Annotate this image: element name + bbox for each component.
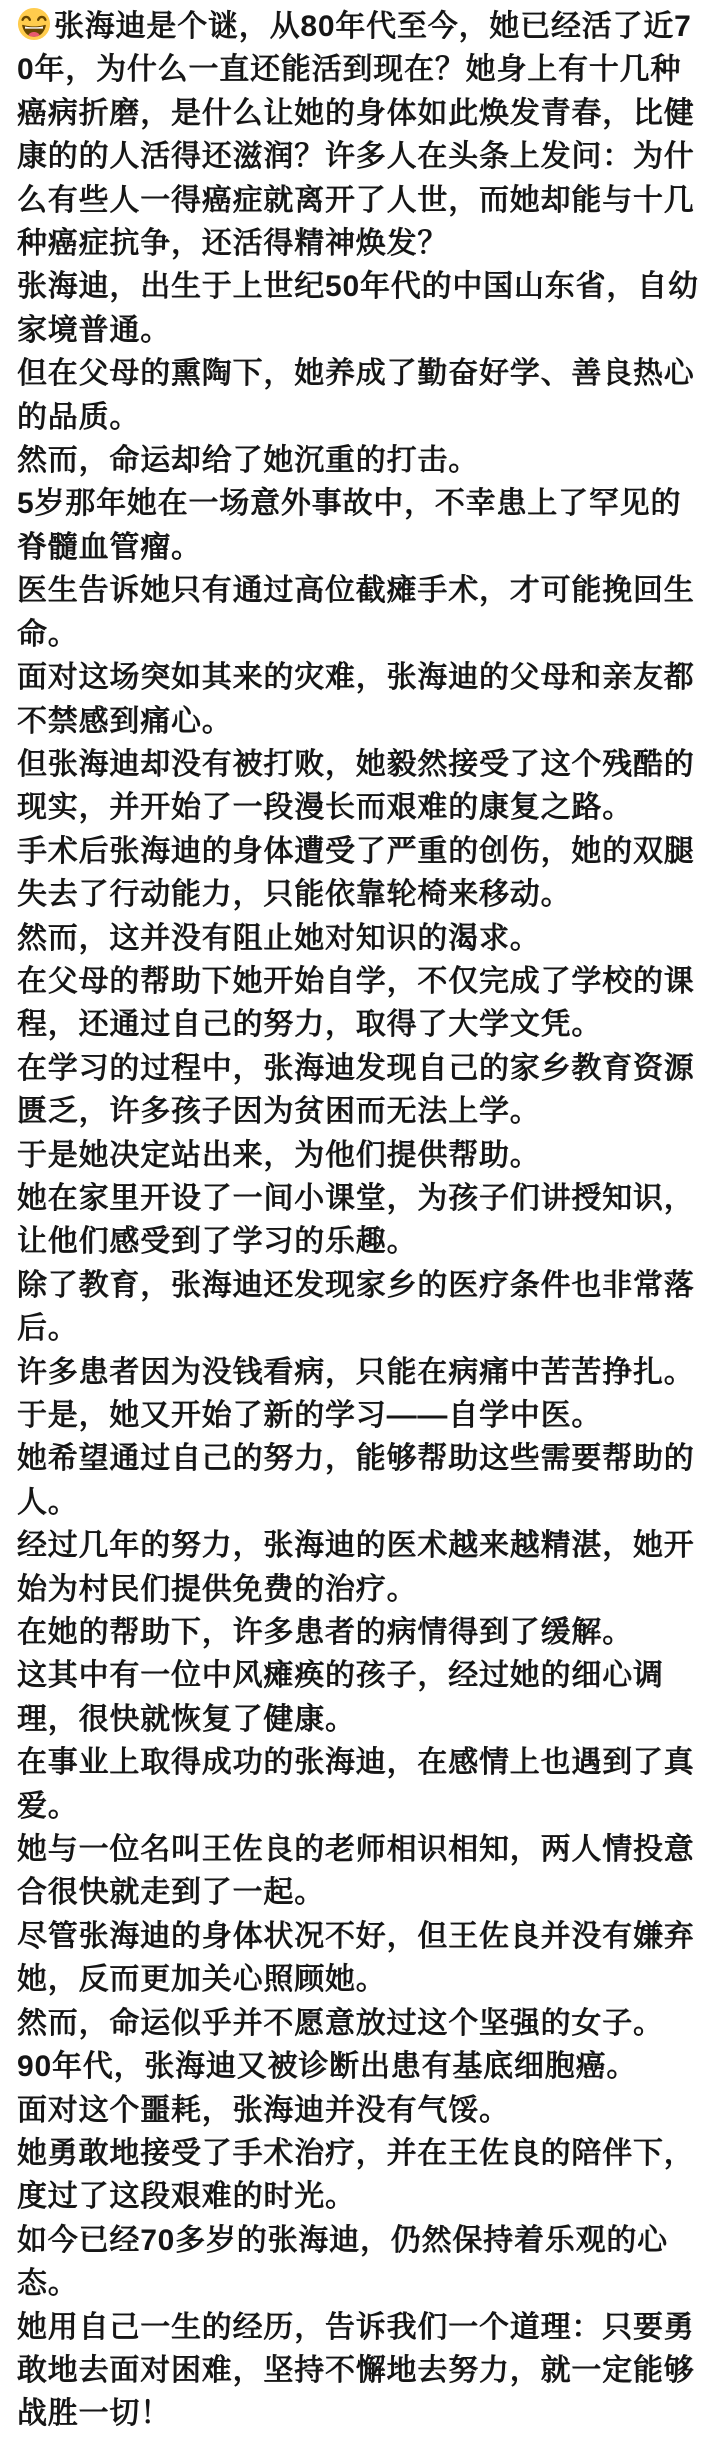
paragraph: 张海迪，出生于上世纪50年代的中国山东省，自幼家境普通。	[17, 265, 705, 352]
article-body: 张海迪是个谜，从80年代至今，她已经活了近70年，为什么一直还能活到现在？她身上…	[0, 0, 720, 2448]
paragraph: 在父母的帮助下她开始自学，不仅完成了学校的课程，还通过自己的努力，取得了大学文凭…	[17, 960, 705, 1047]
paragraph: 然而，命运似乎并不愿意放过这个坚强的女子。	[17, 2002, 705, 2045]
paragraph: 许多患者因为没钱看病，只能在病痛中苦苦挣扎。	[17, 1351, 705, 1394]
paragraph: 尽管张海迪的身体状况不好，但王佐良并没有嫌弃她，反而更加关心照顾她。	[17, 1915, 705, 2002]
paragraph: 但张海迪却没有被打败，她毅然接受了这个残酷的现实，并开始了一段漫长而艰难的康复之…	[17, 743, 705, 830]
paragraph: 她与一位名叫王佐良的老师相识相知，两人情投意合很快就走到了一起。	[17, 1828, 705, 1915]
paragraph-lead: 张海迪是个谜，从80年代至今，她已经活了近70年，为什么一直还能活到现在？她身上…	[17, 5, 705, 265]
paragraph: 经过几年的努力，张海迪的医术越来越精湛，她开始为村民们提供免费的治疗。	[17, 1524, 705, 1611]
paragraph: 这其中有一位中风瘫痪的孩子，经过她的细心调理，很快就恢复了健康。	[17, 1654, 705, 1741]
paragraph: 5岁那年她在一场意外事故中，不幸患上了罕见的脊髓血管瘤。	[17, 482, 705, 569]
paragraph: 她用自己一生的经历，告诉我们一个道理：只要勇敢地去面对困难，坚持不懈地去努力，就…	[17, 2306, 705, 2436]
paragraph: 于是，她又开始了新的学习——自学中医。	[17, 1394, 705, 1437]
paragraph: 然而，这并没有阻止她对知识的渴求。	[17, 917, 705, 960]
paragraph: 她在家里开设了一间小课堂，为孩子们讲授知识，让他们感受到了学习的乐趣。	[17, 1177, 705, 1264]
paragraph: 于是她决定站出来，为他们提供帮助。	[17, 1134, 705, 1177]
paragraph: 然而，命运却给了她沉重的打击。	[17, 439, 705, 482]
paragraph: 90年代，张海迪又被诊断出患有基底细胞癌。	[17, 2045, 705, 2088]
paragraph: 医生告诉她只有通过高位截瘫手术，才可能挽回生命。	[17, 569, 705, 656]
paragraph: 手术后张海迪的身体遭受了严重的创伤，她的双腿失去了行动能力，只能依靠轮椅来移动。	[17, 830, 705, 917]
paragraph: 面对这个噩耗，张海迪并没有气馁。	[17, 2089, 705, 2132]
paragraph: 她希望通过自己的努力，能够帮助这些需要帮助的人。	[17, 1437, 705, 1524]
paragraph: 但在父母的熏陶下，她养成了勤奋好学、善良热心的品质。	[17, 352, 705, 439]
laughing-emoji	[17, 7, 51, 41]
paragraph-text: 张海迪是个谜，从80年代至今，她已经活了近70年，为什么一直还能活到现在？她身上…	[17, 10, 695, 260]
paragraph: 她勇敢地接受了手术治疗，并在王佐良的陪伴下，度过了这段艰难的时光。	[17, 2132, 705, 2219]
paragraph: 如今已经70多岁的张海迪，仍然保持着乐观的心态。	[17, 2219, 705, 2306]
paragraph: 除了教育，张海迪还发现家乡的医疗条件也非常落后。	[17, 1264, 705, 1351]
paragraph: 面对这场突如其来的灾难，张海迪的父母和亲友都不禁感到痛心。	[17, 656, 705, 743]
paragraph: 在她的帮助下，许多患者的病情得到了缓解。	[17, 1611, 705, 1654]
paragraph: 在事业上取得成功的张海迪，在感情上也遇到了真爱。	[17, 1741, 705, 1828]
paragraph: 在学习的过程中，张海迪发现自己的家乡教育资源匮乏，许多孩子因为贫困而无法上学。	[17, 1047, 705, 1134]
